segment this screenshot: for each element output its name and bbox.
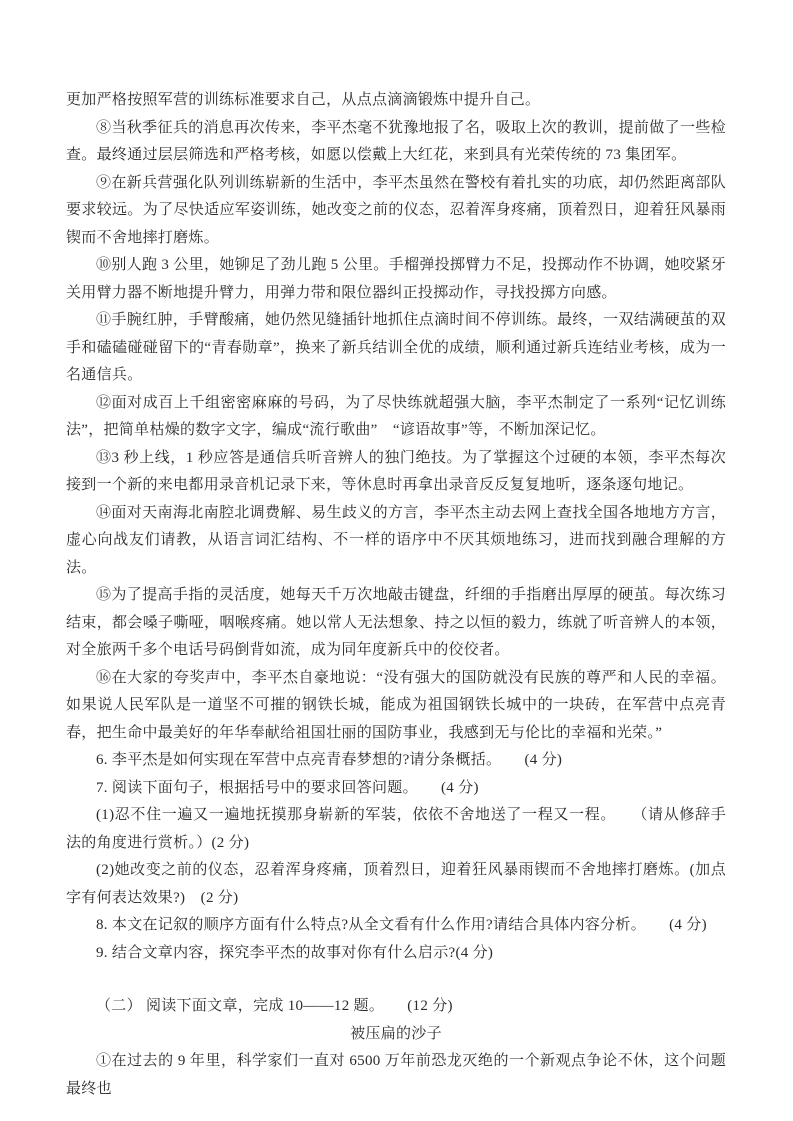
- scanned-exam-page: 更加严格按照军营的训练标准要求自己，从点点滴滴锻炼中提升自己。 ⑧当秋季征兵的消…: [0, 0, 793, 1121]
- question-9: 9. 结合文章内容，探究李平杰的故事对你有什么启示?(4 分): [66, 940, 726, 968]
- question-7: 7. 阅读下面句子，根据括号中的要求回答问题。 (4 分): [66, 775, 726, 803]
- paragraph-13: ⑬3 秒上线，1 秒应答是通信兵听音辨人的独门绝技。为了掌握这个过硬的本领，李平…: [66, 445, 726, 500]
- page-content: 更加严格按照军营的训练标准要求自己，从点点滴滴锻炼中提升自己。 ⑧当秋季征兵的消…: [66, 87, 726, 1103]
- question-8: 8. 本文在记叙的顺序方面有什么特点?从全文看有什么作用?请结合具体内容分析。 …: [66, 912, 726, 940]
- question-7-sub1: (1)忍不住一遍又一遍地抚摸那身崭新的军装，依依不舍地送了一程又一程。 （请从修…: [66, 802, 726, 857]
- paragraph-16: ⑯在大家的夸奖声中，李平杰自豪地说：“没有强大的国防就没有民族的尊严和人民的幸福…: [66, 665, 726, 748]
- question-7-sub2: (2)她改变之前的仪态，忍着浑身疼痛，顶着烈日，迎着狂风暴雨锲而不舍地摔打磨炼。…: [66, 857, 726, 912]
- paragraph-15: ⑮为了提高手指的灵活度，她每天千万次地敲击键盘，纤细的手指磨出厚厚的硬茧。每次练…: [66, 582, 726, 665]
- article-title: 被压扁的沙子: [66, 1021, 726, 1049]
- paragraph-11: ⑪手腕红肿，手臂酸痛，她仍然见缝插针地抓住点滴时间不停训练。最终，一双结满硬茧的…: [66, 307, 726, 390]
- paragraph-10: ⑩别人跑 3 公里，她铆足了劲儿跑 5 公里。手榴弹投掷臂力不足，投掷动作不协调…: [66, 252, 726, 307]
- paragraph-9: ⑨在新兵营强化队列训练崭新的生活中，李平杰虽然在警校有着扎实的功底，却仍然距离部…: [66, 170, 726, 253]
- article-paragraph-1: ①在过去的 9 年里，科学家们一直对 6500 万年前恐龙灭绝的一个新观点争论不…: [66, 1048, 726, 1103]
- section-two-header: （二） 阅读下面文章，完成 10——12 题。 (12 分): [66, 993, 726, 1021]
- paragraph-12: ⑫面对成百上千组密密麻麻的号码，为了尽快练就超强大脑，李平杰制定了一系列“记忆训…: [66, 390, 726, 445]
- continuation-line: 更加严格按照军营的训练标准要求自己，从点点滴滴锻炼中提升自己。: [66, 87, 726, 115]
- paragraph-14: ⑭面对天南海北南腔北调费解、易生歧义的方言，李平杰主动去网上查找全国各地地方方言…: [66, 500, 726, 583]
- question-6: 6. 李平杰是如何实现在军营中点亮青春梦想的?请分条概括。 (4 分): [66, 747, 726, 775]
- paragraph-8: ⑧当秋季征兵的消息再次传来，李平杰毫不犹豫地报了名，吸取上次的教训，提前做了一些…: [66, 115, 726, 170]
